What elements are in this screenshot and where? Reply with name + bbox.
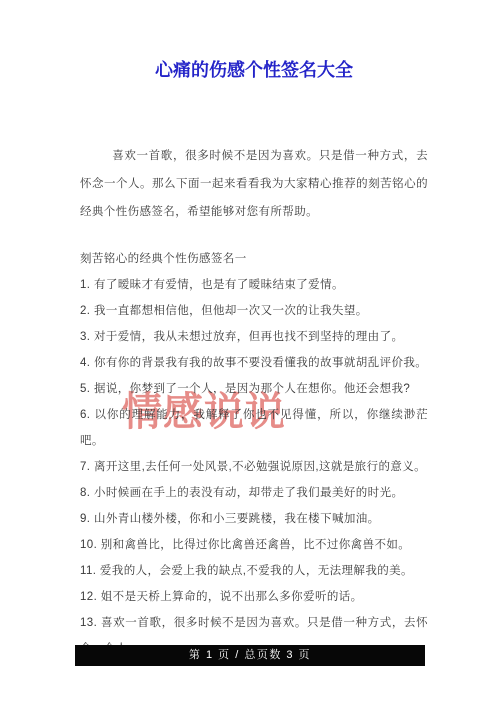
signature-item-1: 1. 有了暧昧才有爱情，也是有了暧昧结束了爱情。 [80,272,428,298]
page-number-text: 第 1 页 / 总页数 3 页 [75,645,425,666]
document-content: 心痛的伤感个性签名大全 喜欢一首歌，很多时候不是因为喜欢。只是借一种方式，去怀念… [80,0,428,662]
section-heading: 刻苦铭心的经典个性伤感签名一 [80,246,428,272]
signature-item-2: 2. 我一直都想相信他，但他却一次又一次的让我失望。 [80,298,428,324]
signature-item-4: 4. 你有你的背景我有我的故事不要没看懂我的故事就胡乱评价我。 [80,350,428,376]
document-page: 情感说说 心痛的伤感个性签名大全 喜欢一首歌，很多时候不是因为喜欢。只是借一种方… [0,0,500,707]
signature-item-10: 10. 别和禽兽比，比得过你比禽兽还禽兽，比不过你禽兽不如。 [80,532,428,558]
signature-item-11: 11. 爱我的人，会爱上我的缺点,不爱我的人，无法理解我的美。 [80,558,428,584]
signature-item-8: 8. 小时候画在手上的表没有动，却带走了我们最美好的时光。 [80,480,428,506]
page-footer-bar: 第 1 页 / 总页数 3 页 [75,645,425,666]
signature-item-3: 3. 对于爱情，我从未想过放弃，但再也找不到坚持的理由了。 [80,324,428,350]
signature-item-6: 6. 以你的理解能力，我解释了你也不见得懂，所以，你继续渺茫吧。 [80,402,428,454]
signature-item-7: 7. 离开这里,去任何一处风景,不必勉强说原因,这就是旅行的意义。 [80,454,428,480]
page-title: 心痛的伤感个性签名大全 [80,56,428,82]
intro-paragraph: 喜欢一首歌，很多时候不是因为喜欢。只是借一种方式，去怀念一个人。那么下面一起来看… [80,142,428,226]
signature-item-12: 12. 姐不是天桥上算命的，说不出那么多你爱听的话。 [80,584,428,610]
signature-item-9: 9. 山外青山楼外楼，你和小三要跳楼，我在楼下喊加油。 [80,506,428,532]
signature-item-5: 5. 据说，你梦到了一个人，是因为那个人在想你。他还会想我? [80,376,428,402]
